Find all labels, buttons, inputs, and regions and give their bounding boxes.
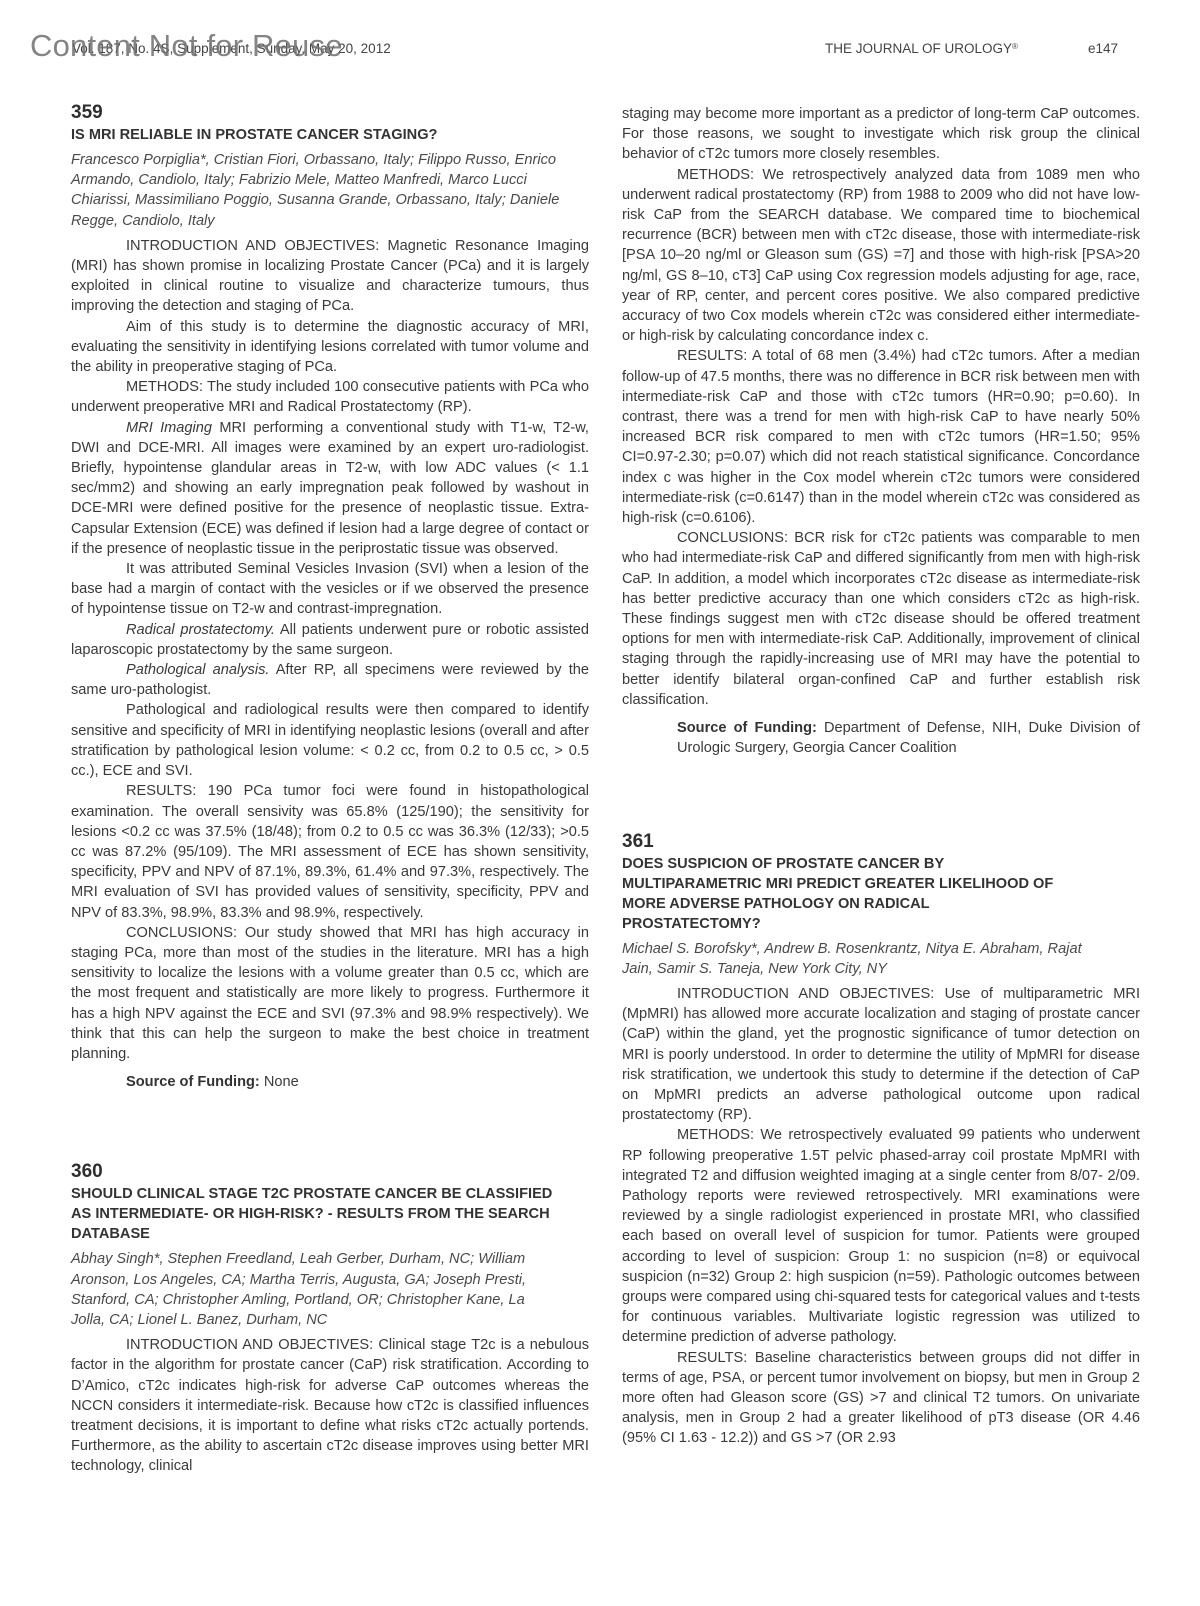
title-line: MULTIPARAMETRIC MRI PREDICT GREATER LIKE…: [622, 874, 1140, 894]
title-line: DOES SUSPICION OF PROSTATE CANCER BY: [622, 854, 1140, 874]
funding-label: Source of Funding:: [677, 720, 817, 736]
right-column: staging may become more important as a p…: [622, 104, 1140, 1449]
abstract-authors: Michael S. Borofsky*, Andrew B. Rosenkra…: [622, 939, 1102, 979]
paragraph-text: MRI performing a conventional study with…: [71, 420, 589, 557]
paragraph-pathological-analysis: Pathological analysis. After RP, all spe…: [71, 660, 589, 700]
paragraph-aim: Aim of this study is to determine the di…: [71, 317, 589, 378]
paragraph-results: RESULTS: 190 PCa tumor foci were found i…: [71, 781, 589, 922]
abstract-number: 359: [71, 102, 589, 124]
paragraph-radical-prostatectomy: Radical prostatectomy. All patients unde…: [71, 620, 589, 660]
spacer: [71, 1092, 589, 1159]
abstract-360-continued: staging may become more important as a p…: [622, 104, 1140, 759]
paragraph-mri-imaging: MRI Imaging MRI performing a conventiona…: [71, 418, 589, 559]
abstract-number: 361: [622, 831, 1140, 853]
paragraph-intro: INTRODUCTION AND OBJECTIVES: Clinical st…: [71, 1335, 589, 1476]
journal-title: THE JOURNAL OF UROLOGY: [825, 41, 1012, 56]
source-of-funding: Source of Funding: Department of Defense…: [622, 718, 1140, 758]
funding-value: None: [260, 1074, 299, 1090]
abstract-authors: Abhay Singh*, Stephen Freedland, Leah Ge…: [71, 1249, 541, 1330]
abstract-title: SHOULD CLINICAL STAGE T2C PROSTATE CANCE…: [71, 1184, 556, 1244]
page-number: e147: [1088, 41, 1118, 56]
paragraph-svi: It was attributed Seminal Vesicles Invas…: [71, 559, 589, 620]
title-line: MORE ADVERSE PATHOLOGY ON RADICAL: [622, 894, 1140, 914]
registered-mark: ®: [1012, 42, 1018, 51]
left-column: 359 IS MRI RELIABLE IN PROSTATE CANCER S…: [71, 100, 589, 1477]
paragraph-methods: METHODS: We retrospectively evaluated 99…: [622, 1125, 1140, 1347]
watermark: Content Not for Reuse: [30, 28, 343, 64]
abstract-number: 360: [71, 1161, 589, 1183]
title-line: PROSTATECTOMY?: [622, 914, 1140, 934]
funding-label: Source of Funding:: [126, 1074, 260, 1090]
abstract-authors: Francesco Porpiglia*, Cristian Fiori, Or…: [71, 150, 589, 231]
paragraph-intro-continued: staging may become more important as a p…: [622, 104, 1140, 165]
spacer: [622, 759, 1140, 829]
abstract-title: DOES SUSPICION OF PROSTATE CANCER BY MUL…: [622, 854, 1140, 934]
paragraph-results: RESULTS: A total of 68 men (3.4%) had cT…: [622, 346, 1140, 528]
journal-name: THE JOURNAL OF UROLOGY®: [825, 41, 1018, 56]
paragraph-intro: INTRODUCTION AND OBJECTIVES: Magnetic Re…: [71, 236, 589, 317]
subheading-radical-prostatectomy: Radical prostatectomy.: [126, 622, 275, 638]
abstract-title: IS MRI RELIABLE IN PROSTATE CANCER STAGI…: [71, 125, 589, 145]
paragraph-results: RESULTS: Baseline characteristics betwee…: [622, 1348, 1140, 1449]
paragraph-methods: METHODS: The study included 100 consecut…: [71, 377, 589, 417]
paragraph-comparison: Pathological and radiological results we…: [71, 700, 589, 781]
paragraph-methods: METHODS: We retrospectively analyzed dat…: [622, 165, 1140, 347]
paragraph-intro: INTRODUCTION AND OBJECTIVES: Use of mult…: [622, 984, 1140, 1125]
paragraph-conclusions: CONCLUSIONS: Our study showed that MRI h…: [71, 923, 589, 1064]
abstract-360: 360 SHOULD CLINICAL STAGE T2C PROSTATE C…: [71, 1161, 589, 1476]
paragraph-conclusions: CONCLUSIONS: BCR risk for cT2c patients …: [622, 528, 1140, 710]
subheading-pathological-analysis: Pathological analysis.: [126, 662, 269, 678]
source-of-funding: Source of Funding: None: [71, 1072, 589, 1092]
abstract-361: 361 DOES SUSPICION OF PROSTATE CANCER BY…: [622, 831, 1140, 1449]
abstract-359: 359 IS MRI RELIABLE IN PROSTATE CANCER S…: [71, 102, 589, 1092]
subheading-mri-imaging: MRI Imaging: [126, 420, 212, 436]
